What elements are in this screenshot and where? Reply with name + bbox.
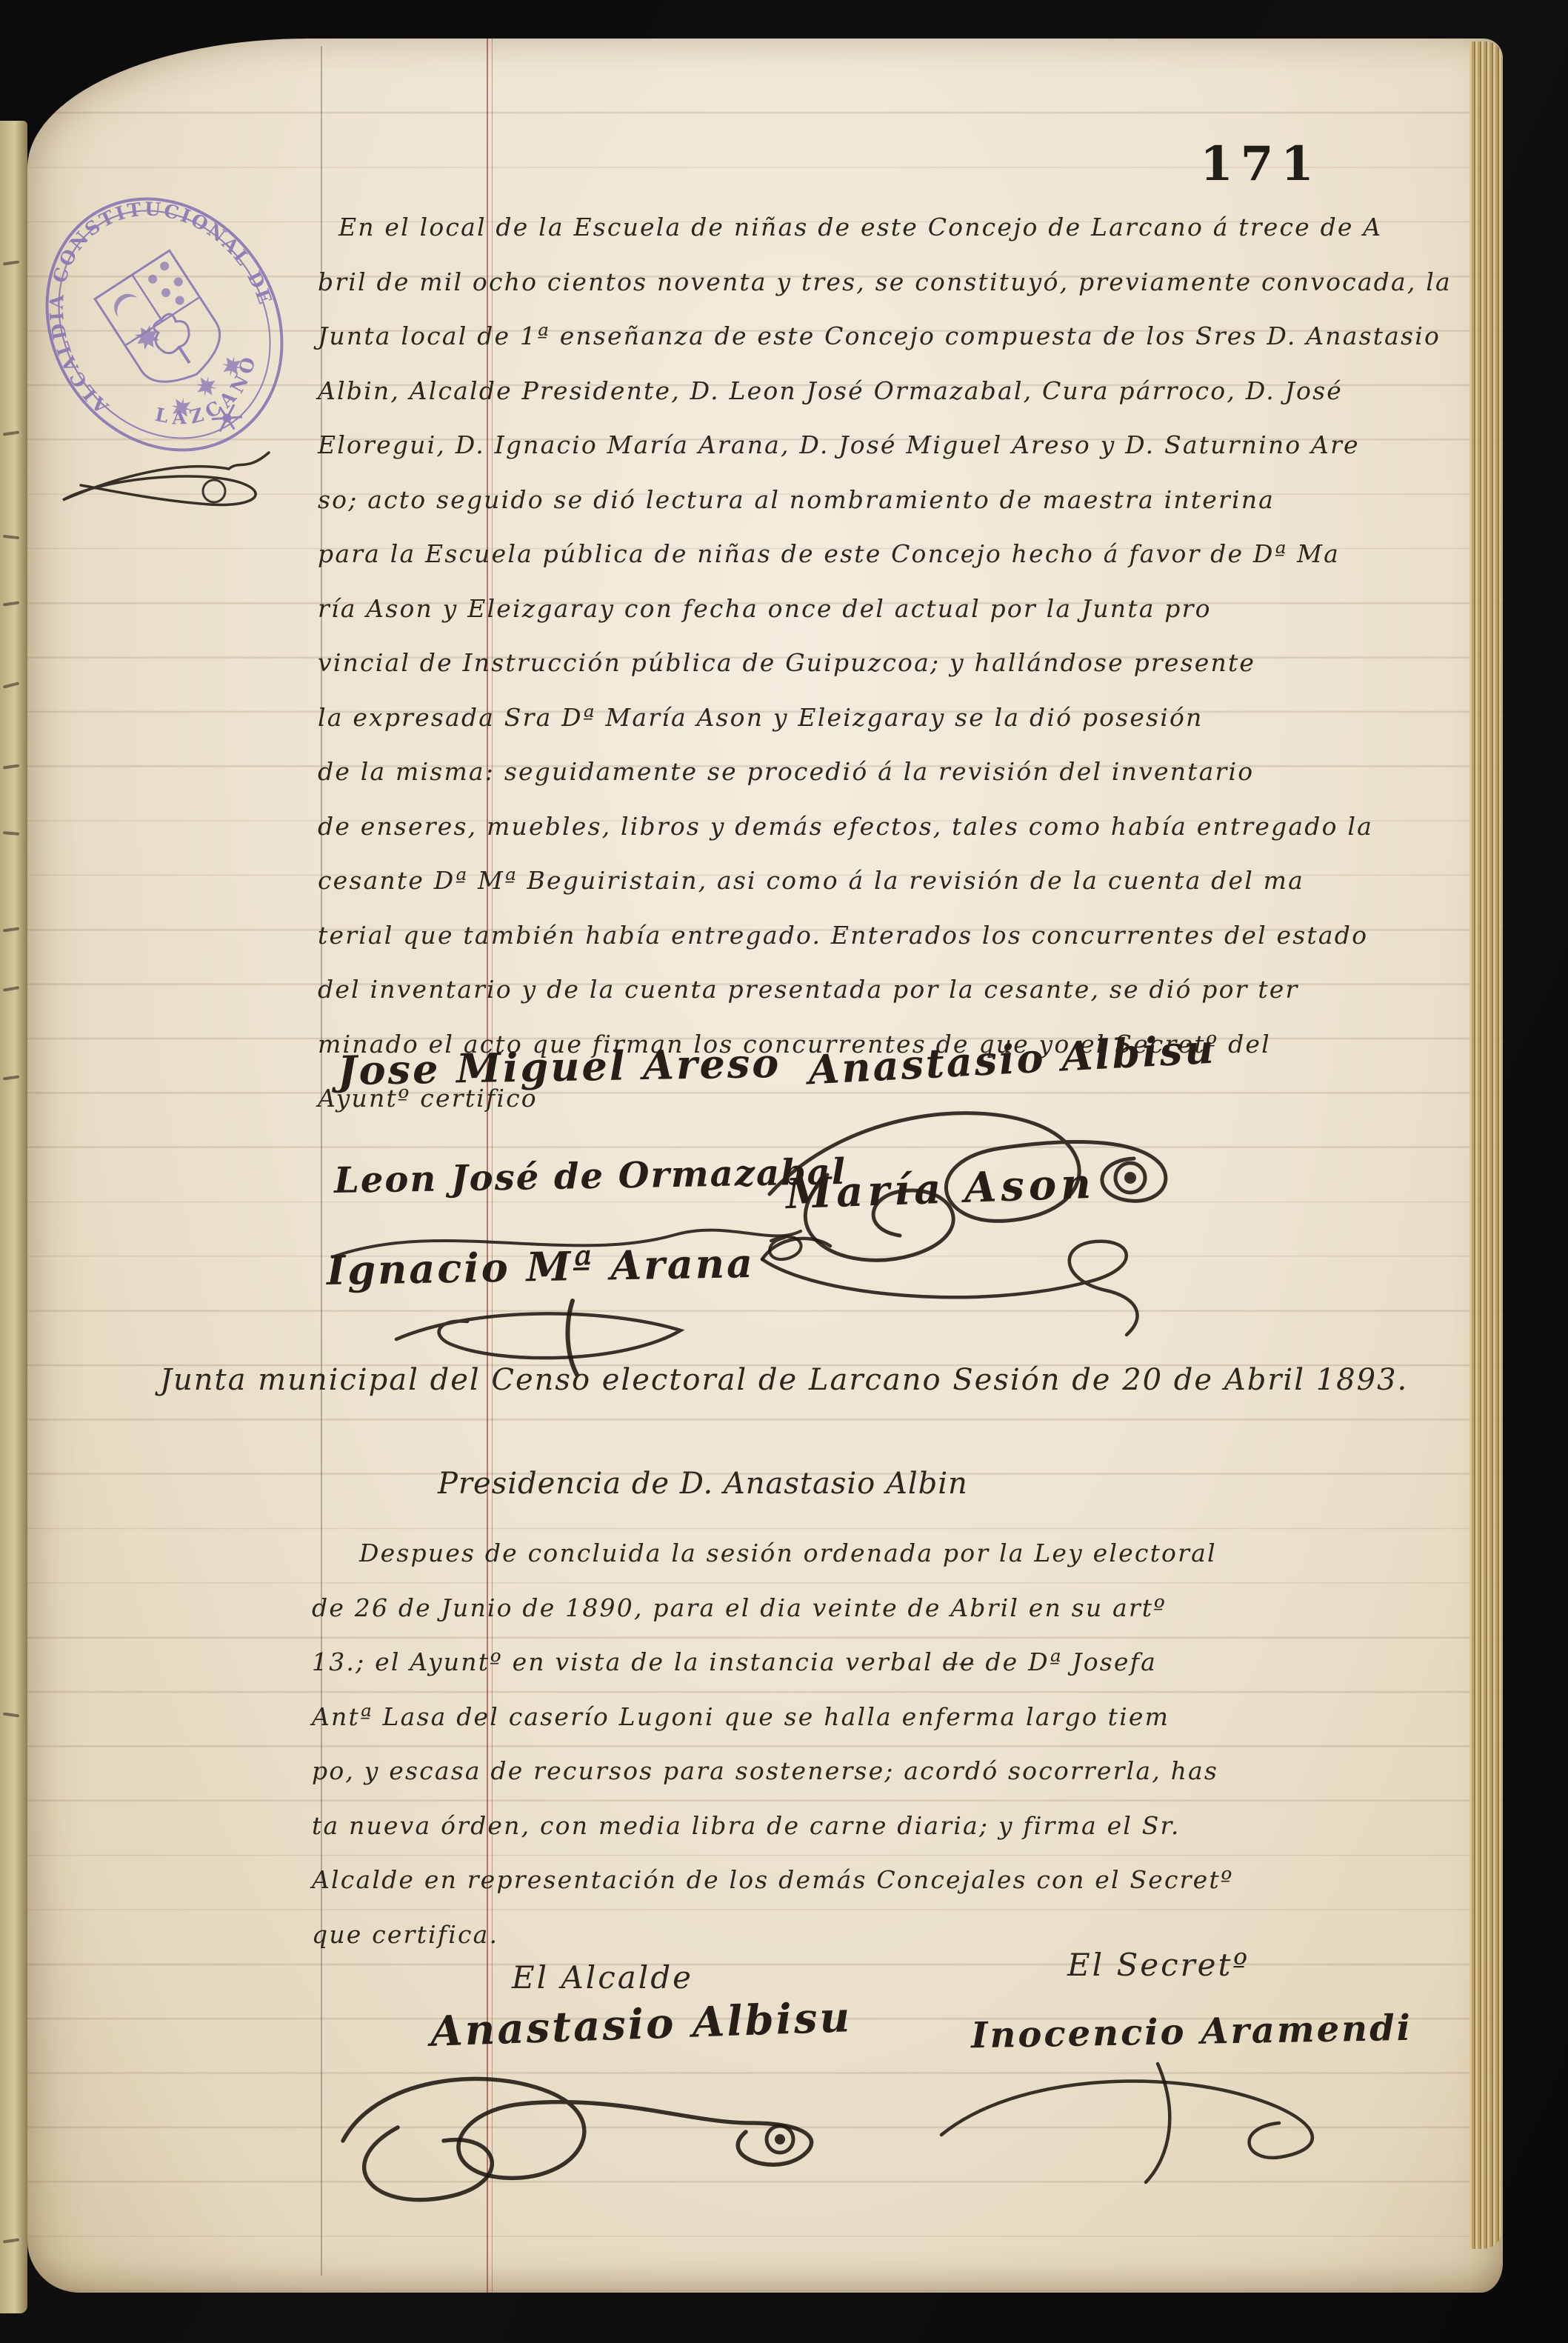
- signature-alcalde-albisu: Anastasio Albisu: [430, 1993, 853, 2056]
- minutes-april13-body: En el local de la Escuela de niñas de es…: [318, 200, 1484, 1126]
- rubric-ason: [741, 1207, 1156, 1341]
- marginalia-fragment: [3, 681, 19, 688]
- page-number: 171: [1183, 136, 1338, 192]
- marginalia-fragment: [3, 2238, 19, 2243]
- municipal-stamp: ALCALDIA CONSTITUCIONAL DE LAZCANO: [27, 176, 309, 480]
- secretario-label: El Secretº: [1067, 1947, 1250, 1983]
- rubric-alcalde: [327, 2052, 860, 2215]
- alcalde-label: El Alcalde: [512, 1959, 693, 1996]
- minutes-april20-body: Despues de concluida la sesión ordenada …: [312, 1526, 1478, 1962]
- marginalia-fragment: [3, 601, 19, 606]
- archival-scan-background: 171 ALCALDIA CONSTITUCIONAL DE LAZCANO: [0, 0, 1568, 2343]
- stamp-shield-icon: [95, 250, 234, 399]
- census-session-heading: Junta municipal del Censo electoral de L…: [160, 1363, 1449, 1397]
- rubric-aramendi: [927, 2052, 1371, 2185]
- previous-page-edge: [0, 121, 27, 2313]
- marginalia-fragment: [3, 831, 19, 836]
- presidency-line: Presidencia de D. Anastasio Albin: [438, 1467, 968, 1501]
- marginalia-fragment: [3, 260, 19, 265]
- signature-jose-miguel-areso: Jose Miguel Areso: [337, 1039, 781, 1094]
- signature-inocencio-aramendi: Inocencio Aramendi: [971, 2007, 1413, 2056]
- signature-ignacio-arana: Ignacio Mª Arana: [326, 1239, 755, 1294]
- marginalia-fragment: [3, 535, 19, 539]
- marginalia-fragment: [3, 927, 19, 932]
- marginalia-fragment: [3, 764, 19, 769]
- marginalia-fragment: [3, 986, 19, 992]
- marginalia-fragment: [3, 1075, 19, 1080]
- manuscript-page: 171 ALCALDIA CONSTITUCIONAL DE LAZCANO: [27, 39, 1503, 2293]
- marginalia-fragment: [3, 1712, 19, 1717]
- margin-rubric: [53, 442, 282, 516]
- marginalia-fragment: [3, 430, 19, 436]
